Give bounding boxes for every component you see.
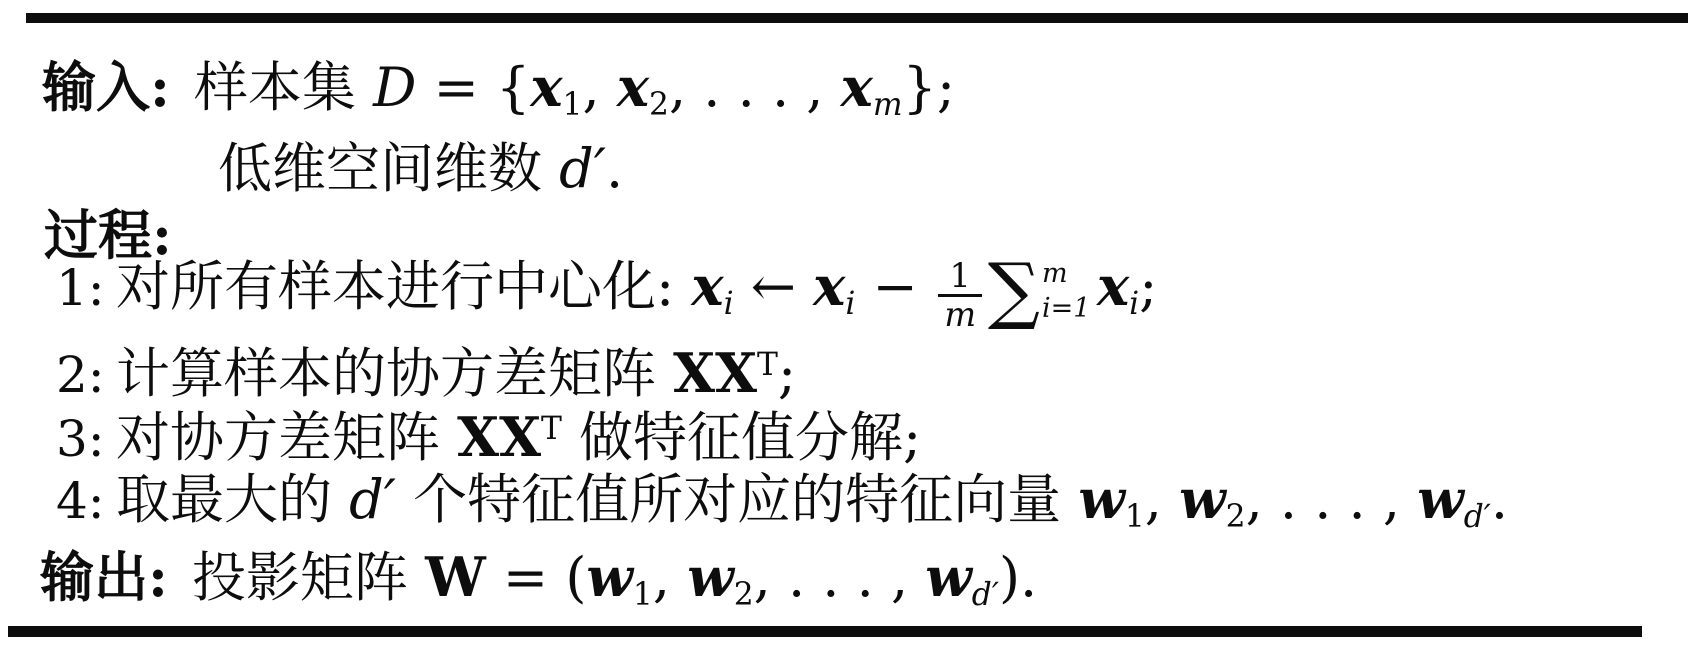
math-segment-rm: , [653, 546, 687, 609]
math-segment-cn: 投影矩阵 [192, 546, 425, 609]
math-segment-rm: , . . . , [1246, 468, 1418, 531]
top-rule [26, 13, 1688, 23]
math-segment-bi: x [530, 55, 562, 119]
math-segment-sigma: ∑ [988, 260, 1040, 322]
math-segment-sup: T [757, 347, 778, 383]
math-segment-sbit: m [873, 87, 903, 123]
step-4-number: 4: [56, 464, 112, 538]
math-segment-cn: 样本集 [194, 56, 373, 119]
math-segment-rm: ). [999, 546, 1037, 609]
math-segment-bi: w [1417, 467, 1464, 531]
math-segment-bi: w [687, 545, 734, 609]
math-segment-rm: , . . . , [669, 56, 841, 119]
math-segment-cn: 对协方差矩阵 [116, 406, 457, 469]
output-line: 输出:投影矩阵 W = (w1, w2, . . . , wd′). [40, 540, 1037, 614]
math-segment-cn: 对所有样本进行中心化: [116, 255, 691, 318]
step-1-text: 对所有样本进行中心化: xi ← xi − 1m∑mi=1xi; [116, 255, 1157, 318]
input-line-1: 输入:样本集 D = {x1, x2, . . . , xm}; [42, 50, 955, 124]
step-3-text: 对协方差矩阵 XXT 做特征值分解; [116, 406, 921, 469]
math-segment-sup: T [541, 411, 562, 447]
math-segment-bi: x [691, 254, 723, 318]
math-segment-rm: − [855, 255, 935, 318]
math-segment-bi: x [841, 55, 873, 119]
math-segment-cn: 个特征值所对应的特征向量 [396, 468, 1078, 531]
math-segment-sbit: d′ [972, 577, 999, 613]
math-segment-num: 1 [938, 258, 982, 297]
math-segment-bi: w [586, 545, 633, 609]
math-segment-rm: , . . . , [754, 546, 926, 609]
step-1-number: 1: [56, 246, 112, 330]
math-segment-it: d′ [559, 137, 606, 200]
math-segment-bi: w [1078, 467, 1125, 531]
math-segment-bi: w [1179, 467, 1226, 531]
math-segment-sb: 1 [633, 577, 653, 613]
input-set-formula: 样本集 D = {x1, x2, . . . , xm}; [194, 56, 955, 119]
step-4-text: 取最大的 d′ 个特征值所对应的特征向量 w1, w2, . . . , wd′… [116, 468, 1508, 531]
math-segment-sb: 1 [1125, 499, 1145, 535]
math-segment-sbit: i [1129, 286, 1139, 322]
math-segment-limbot: i=1 [1042, 295, 1090, 322]
output-label: 输出: [40, 545, 168, 609]
math-segment-sbit: i [724, 286, 734, 322]
math-segment-sb: 2 [649, 87, 669, 123]
math-segment-cn: 做特征值分解; [562, 406, 921, 469]
math-segment-bf: XX [457, 405, 541, 469]
math-segment-rm: . [1491, 468, 1508, 531]
bottom-rule [8, 626, 1642, 637]
fraction: 1m [938, 258, 982, 332]
step-4-line: 4:取最大的 d′ 个特征值所对应的特征向量 w1, w2, . . . , w… [56, 462, 1508, 536]
math-segment-sb: 1 [563, 87, 583, 123]
math-segment-rm: = ( [486, 546, 587, 609]
math-segment-rm: , [1145, 468, 1179, 531]
scanned-algorithm-page: { "page": { "background": "#ffffff", "in… [0, 0, 1688, 656]
input-dimension-formula: 低维空间维数 d′. [218, 137, 623, 200]
output-formula: 投影矩阵 W = (w1, w2, . . . , wd′). [192, 546, 1037, 609]
math-segment-sb: 2 [1226, 499, 1246, 535]
math-segment-it: D [373, 56, 416, 119]
math-segment-bi: w [925, 545, 972, 609]
input-label: 输入: [42, 55, 170, 119]
math-segment-sb: 2 [734, 577, 754, 613]
math-segment-sbit: d′ [1464, 499, 1491, 535]
math-segment-bi: x [1097, 254, 1129, 318]
step-1-line: 1:对所有样本进行中心化: xi ← xi − 1m∑mi=1xi; [56, 244, 1157, 328]
math-segment-sbit: i [845, 286, 855, 322]
math-segment-bi: x [813, 254, 845, 318]
math-segment-rm: , [582, 56, 616, 119]
input-line-2: 低维空间维数 d′. [218, 132, 623, 206]
math-segment-den: m [938, 297, 982, 332]
math-segment-bi: x [617, 55, 649, 119]
summation: ∑mi=1 [988, 254, 1091, 328]
math-segment-rm: ← [734, 255, 814, 318]
math-segment-lims: mi=1 [1042, 260, 1090, 322]
math-segment-bf: W [425, 545, 486, 609]
math-segment-cn: 取最大的 [116, 468, 349, 531]
step-3-line: 3:对协方差矩阵 XXT 做特征值分解; [56, 392, 921, 466]
math-segment-rm: = { [416, 56, 530, 119]
step-2-line: 2:计算样本的协方差矩阵 XXT; [56, 328, 796, 402]
math-segment-it: d′ [349, 468, 396, 531]
math-segment-cn: 低维空间维数 [218, 137, 559, 200]
math-segment-rm: }; [903, 56, 956, 119]
math-segment-limtop: m [1042, 260, 1090, 287]
math-segment-rm: ; [1139, 255, 1157, 318]
math-segment-rm: . [606, 137, 623, 200]
